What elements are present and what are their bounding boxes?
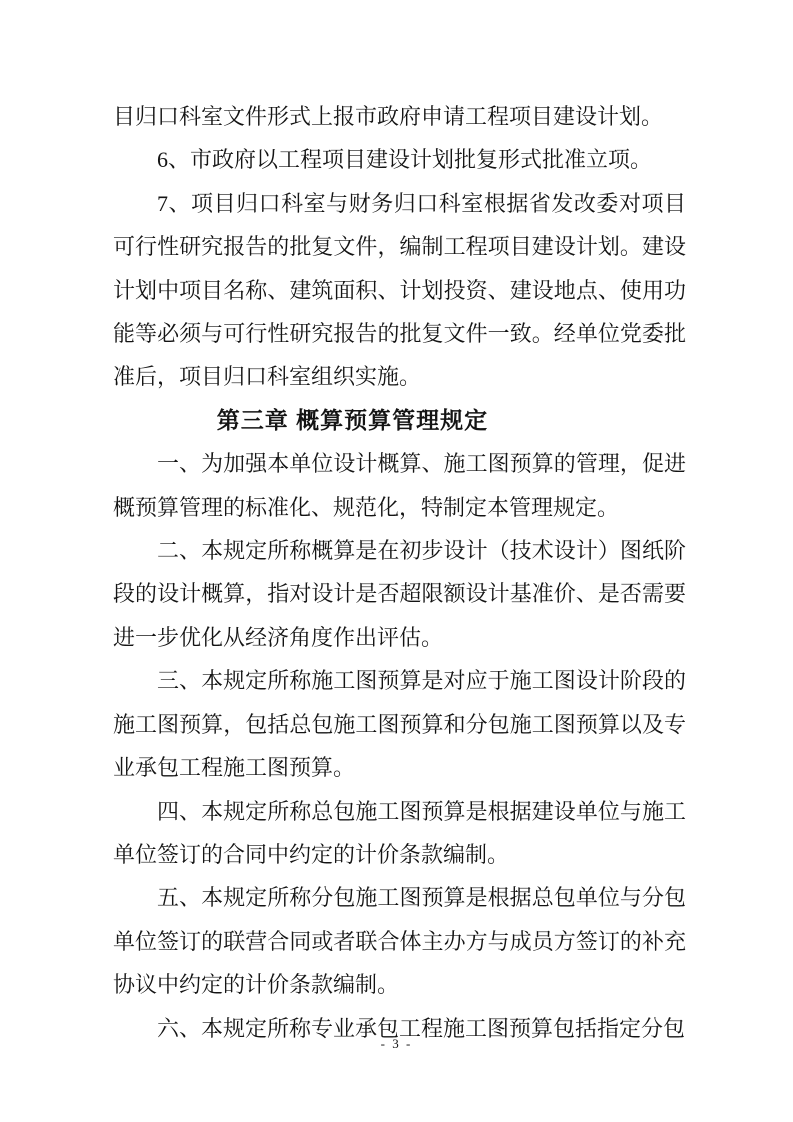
document-page: 目归口科室文件形式上报市政府申请工程项目建设计划。6、市政府以工程项目建设计划批…: [0, 0, 793, 1122]
paragraph: 五、本规定所称分包施工图预算是根据总包单位与分包单位签订的联营合同或者联合体主办…: [113, 876, 686, 1006]
document-body: 目归口科室文件形式上报市政府申请工程项目建设计划。6、市政府以工程项目建设计划批…: [113, 95, 686, 1050]
paragraph: 一、为加强本单位设计概算、施工图预算的管理，促进概预算管理的标准化、规范化，特制…: [113, 442, 686, 529]
page-number: - 3 -: [0, 1036, 793, 1052]
paragraph: 三、本规定所称施工图预算是对应于施工图设计阶段的施工图预算，包括总包施工图预算和…: [113, 659, 686, 789]
paragraph: 目归口科室文件形式上报市政府申请工程项目建设计划。: [113, 95, 686, 138]
paragraph: 6、市政府以工程项目建设计划批复形式批准立项。: [113, 138, 686, 181]
paragraph: 四、本规定所称总包施工图预算是根据建设单位与施工单位签订的合同中约定的计价条款编…: [113, 790, 686, 877]
paragraph: 7、项目归口科室与财务归口科室根据省发改委对项目可行性研究报告的批复文件，编制工…: [113, 182, 686, 399]
chapter-heading: 第三章 概算预算管理规定: [66, 399, 639, 442]
paragraph: 二、本规定所称概算是在初步设计（技术设计）图纸阶段的设计概算，指对设计是否超限额…: [113, 529, 686, 659]
